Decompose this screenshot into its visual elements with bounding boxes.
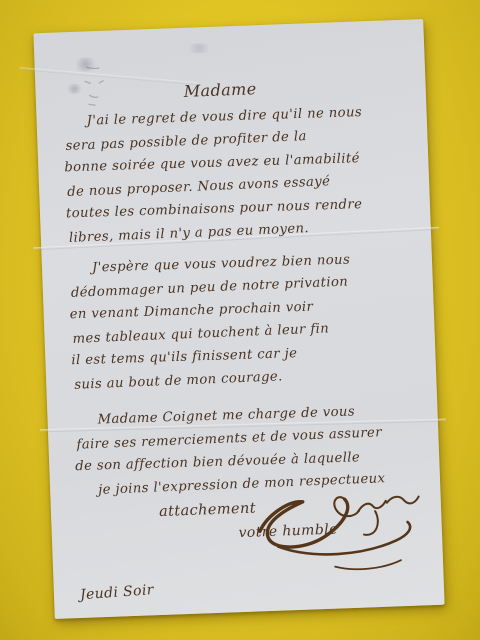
letter-paper: Madame J'ai le regret de vous dire qu'il…: [33, 19, 444, 619]
signature-flourish-icon: [236, 479, 429, 578]
photo-of-letter: Madame J'ai le regret de vous dire qu'il…: [0, 0, 480, 640]
salutation: Madame: [183, 73, 425, 101]
paragraph-2: J'espère que vous voudrez bien nous dédo…: [68, 246, 415, 396]
paper-dent: [184, 43, 214, 54]
paragraph-1: J'ai le regret de vous dire qu'il ne nou…: [62, 99, 409, 249]
dateline: Jeudi Soir: [79, 582, 154, 603]
signature: [236, 479, 429, 578]
pencil-marks: [78, 60, 140, 108]
